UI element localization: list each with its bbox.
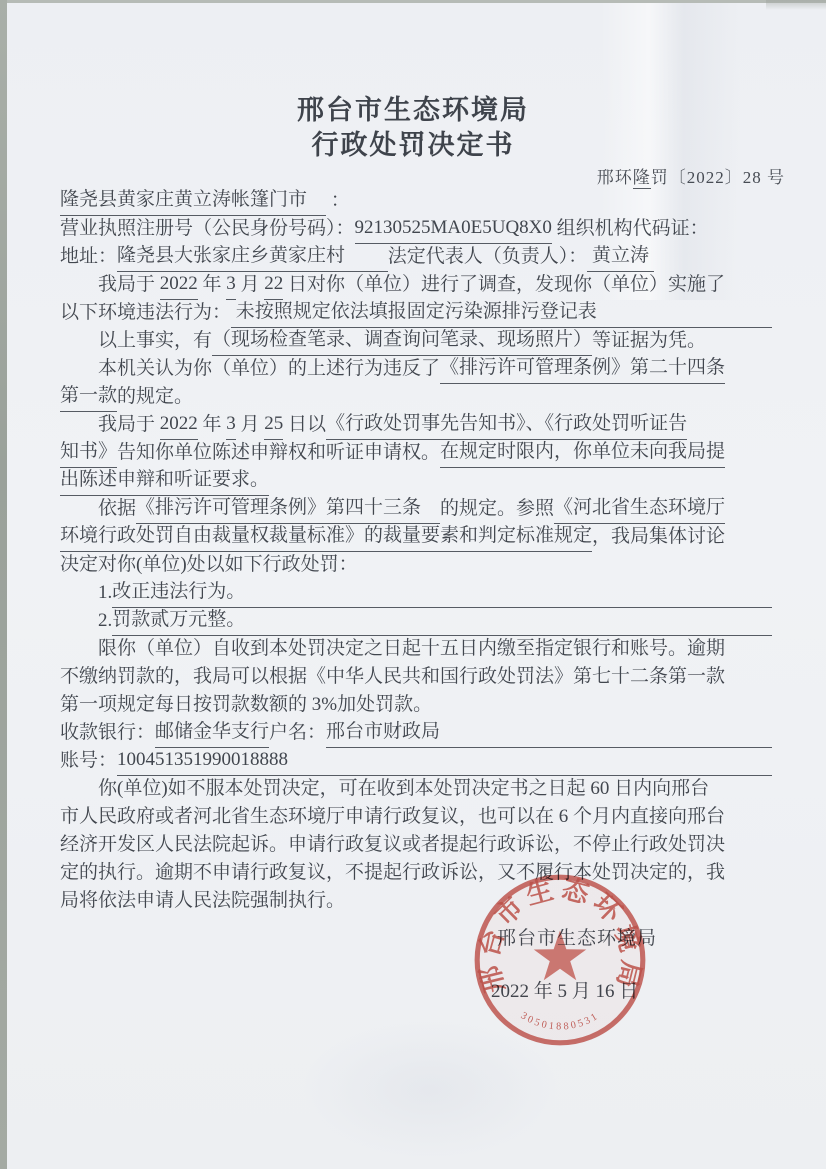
underlined-text: 《河北省生态环境厅 [554, 496, 725, 524]
text-segment: 2. [98, 609, 112, 636]
document-line: 市人民政府或者河北省生态环境厅申请行政复议，也可以在 6 个月内直接向邢台 [60, 804, 772, 832]
document-line: 收款银行：邮储金华支行户名：邢台市财政局 [60, 720, 772, 748]
underlined-text: 出陈述申辩和听证要求。 [60, 468, 269, 496]
text-segment: 等证据为凭。 [592, 329, 706, 356]
document-line: 1.改正违法行为。 [60, 580, 772, 608]
underlined-text: 3 [226, 412, 236, 440]
document-line: 限你（单位）自收到本处罚决定之日起十五日内缴至指定银行和账号。逾期 [60, 636, 772, 664]
text-segment: 经济开发区人民法院起诉。申请行政复议或者提起行政诉讼，不停止行政处罚决 [60, 833, 725, 860]
document-line: 以下环境违法行为： 未按照规定依法填报固定污染源排污登记表 [60, 300, 772, 328]
text-segment: 决定对你(单位)处以如下行政处罚： [60, 553, 358, 580]
text-segment: 我局于 [98, 273, 160, 300]
document-line: 隆尧县黄家庄黄立涛帐篷门市 ： [60, 188, 772, 216]
text-segment: 日以 [283, 413, 326, 440]
text-segment: 以下环境违法行为： [60, 301, 231, 328]
underlined-text: 环境行政处罚自由裁量权裁量标准》的裁量要素和判定标准规定 [60, 524, 592, 552]
text-segment: ，我局集体讨论 [592, 525, 725, 552]
underlined-text: 罚款贰万元整。 [112, 608, 245, 636]
official-seal: 邢台市生态环境局 1305018805313 [470, 870, 650, 1050]
doc-number-prefix: 邢环 [597, 168, 633, 187]
document-line: 我局于 2022 年 3 月 22 日对你（单位）进行了调查，发现你（单位）实施… [60, 272, 772, 300]
doc-number: 邢环隆罚〔2022〕28 号 [0, 163, 785, 188]
document-line: 我局于 2022 年 3 月 25 日以《行政处罚事先告知书》、《行政处罚听证告 [60, 412, 772, 440]
text-segment: 地址： [60, 245, 117, 272]
text-segment: 年 [198, 413, 227, 440]
underlined-text: 黄立涛 [587, 244, 654, 272]
text-segment: 月 [236, 273, 265, 300]
underlined-text: 《排污许可管理条例》第四十三条 [136, 496, 440, 524]
document-line: 第一项规定每日按罚款数额的 3%加处罚款。 [60, 692, 772, 720]
text-segment: 限你（单位）自收到本处罚决定之日起十五日内缴至指定银行和账号。逾期 [98, 637, 725, 664]
document-line: 局将依法申请人民法院强制执行。 [60, 888, 772, 916]
text-segment: 告知你单位陈述申辩权和听证申请权。 [117, 441, 440, 468]
text-segment: 收款银行： [60, 721, 155, 748]
document-line: 知书》告知你单位陈述申辩权和听证申请权。在规定时限内，你单位未向我局提 [60, 440, 772, 468]
text-segment: 营业执照注册号（公民身份号码）： [60, 217, 355, 244]
text-segment: 1. [98, 581, 112, 608]
title-line1: 邢台市生态环境局 [0, 93, 826, 128]
document-line: 地址：隆尧县大张家庄乡黄家庄村 法定代表人（负责人）： 黄立涛 [60, 244, 772, 272]
underlined-text: 邮储金华支行 [155, 720, 269, 748]
underlined-text: 2022 [160, 272, 198, 300]
text-segment: 本机关认为你（单位）的上述行为违反了 [98, 357, 440, 384]
underlined-text: 隆尧县大张家庄乡黄家庄村 [117, 244, 388, 272]
text-segment: 户名： [269, 721, 326, 748]
document-line: 不缴纳罚款的，我局可以根据《中华人民共和国行政处罚法》第七十二条第一款 [60, 664, 772, 692]
text-segment: 年 [198, 273, 227, 300]
scanned-document: 邢台市生态环境局 行政处罚决定书 邢环隆罚〔2022〕28 号 隆尧县黄家庄黄立… [0, 0, 826, 1169]
text-segment: 第一项规定每日按罚款数额的 3%加处罚款。 [60, 693, 432, 720]
document-line: 营业执照注册号（公民身份号码）：92130525MA0E5UQ8X0 组织机构代… [60, 216, 772, 244]
underline-fill [440, 734, 772, 748]
underlined-text: 隆尧县黄家庄黄立涛帐篷门市 [60, 188, 326, 216]
scan-top-edge [0, 0, 826, 3]
document-title: 邢台市生态环境局 行政处罚决定书 [0, 93, 826, 163]
document-line: 依据《排污许可管理条例》第四十三条 的规定。参照《河北省生态环境厅 [60, 496, 772, 524]
underlined-text: 未按照规定依法填报固定污染源排污登记表 [231, 300, 597, 328]
underlined-text: 22 [264, 272, 283, 300]
underline-fill [245, 622, 772, 636]
document-line: 第一款的规定。 [60, 384, 772, 412]
document-line: 本机关认为你（单位）的上述行为违反了《排污许可管理条例》第二十四条 [60, 356, 772, 384]
document-line: 你(单位)如不服本处罚决定，可在收到本处罚决定书之日起 60 日内向邢台 [60, 776, 772, 804]
document-line: 定的执行。逾期不申请行政复议，不提起行政诉讼，又不履行本处罚决定的，我 [60, 860, 772, 888]
text-segment: 你(单位)如不服本处罚决定，可在收到本处罚决定书之日起 60 日内向邢台 [98, 777, 709, 804]
document-line: 环境行政处罚自由裁量权裁量标准》的裁量要素和判定标准规定，我局集体讨论 [60, 524, 772, 552]
underlined-text: 《排污许可管理条例》第二十四条 [440, 356, 725, 384]
underline-fill [245, 594, 772, 608]
underlined-text: 92130525MA0E5UQ8X0 [355, 216, 552, 244]
underlined-text: 2022 [160, 412, 198, 440]
text-segment: 的规定。参照 [440, 497, 554, 524]
document-line: 经济开发区人民法院起诉。申请行政复议或者提起行政诉讼，不停止行政处罚决 [60, 832, 772, 860]
document-line: 出陈述申辩和听证要求。 [60, 468, 772, 496]
text-segment: 日对你（单位）进行了调查，发现你（单位）实施了 [283, 273, 725, 300]
title-line2: 行政处罚决定书 [0, 128, 826, 163]
underlined-text: （现场检查笔录、调查询问笔录、现场照片） [212, 328, 592, 356]
text-segment: ： [326, 189, 350, 216]
underline-fill [597, 314, 772, 328]
scan-corner-shadow [766, 0, 826, 10]
text-segment: 的规定。 [117, 385, 193, 412]
underlined-text: 3 [226, 272, 236, 300]
document-line: 决定对你(单位)处以如下行政处罚： [60, 552, 772, 580]
underlined-text: 改正违法行为。 [112, 580, 245, 608]
document-line: 2.罚款贰万元整。 [60, 608, 772, 636]
document-body: 隆尧县黄家庄黄立涛帐篷门市 ：营业执照注册号（公民身份号码）：92130525M… [60, 188, 772, 916]
text-segment: 组织机构代码证： [552, 217, 709, 244]
underlined-text: 25 [264, 412, 283, 440]
underlined-text: 第一款 [60, 384, 117, 412]
doc-number-suffix: 罚〔2022〕28 号 [651, 168, 785, 187]
text-segment: 不缴纳罚款的，我局可以根据《中华人民共和国行政处罚法》第七十二条第一款 [60, 665, 725, 692]
underlined-text: 知书》 [60, 440, 117, 468]
underlined-text: 在规定时限内，你单位未向我局提 [440, 440, 725, 468]
document-line: 以上事实，有（现场检查笔录、调查询问笔录、现场照片）等证据为凭。 [60, 328, 772, 356]
text-segment: 账号： [60, 749, 117, 776]
underline-fill [288, 762, 772, 776]
underlined-text: 《行政处罚事先告知书》、《行政处罚听证告 [326, 412, 687, 440]
text-segment: 市人民政府或者河北省生态环境厅申请行政复议，也可以在 6 个月内直接向邢台 [60, 805, 725, 832]
text-segment: 局将依法申请人民法院强制执行。 [60, 889, 345, 916]
document-line: 账号：100451351990018888 [60, 748, 772, 776]
text-segment: 月 [236, 413, 265, 440]
text-segment: 法定代表人（负责人）： [388, 245, 588, 272]
text-segment: 以上事实，有 [98, 329, 212, 356]
text-segment: 我局于 [98, 413, 160, 440]
doc-number-underlined: 隆 [633, 168, 651, 189]
underlined-text: 100451351990018888 [117, 748, 288, 776]
underlined-text: 邢台市财政局 [326, 720, 440, 748]
text-segment: 依据 [98, 497, 136, 524]
